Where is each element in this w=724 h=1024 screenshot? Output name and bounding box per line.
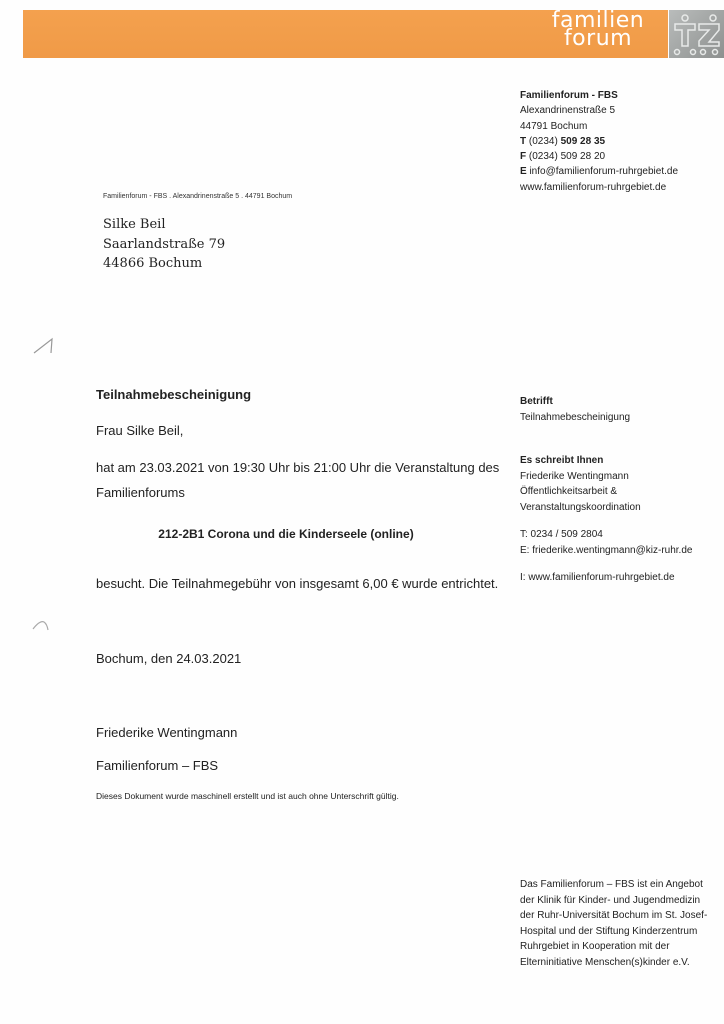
writer-label: Es schreibt Ihnen — [520, 455, 603, 466]
return-address: Familienforum - FBS . Alexandrinenstraße… — [103, 193, 292, 200]
familienforum-logo: familien forum — [548, 12, 648, 48]
writer-phone: T: 0234 / 509 2804 — [520, 527, 692, 543]
sender-phone: T (0234) 509 28 35 — [520, 134, 678, 149]
writer-name: Friederike Wentingmann — [520, 469, 641, 485]
signer-name: Friederike Wentingmann — [96, 725, 237, 740]
recipient-city: 44866 Bochum — [103, 254, 225, 274]
course-title: 212-2B1 Corona und die Kinderseele (onli… — [96, 527, 476, 541]
signer-organization: Familienforum – FBS — [96, 758, 218, 773]
validity-note: Dieses Dokument wurde maschinell erstell… — [96, 791, 399, 801]
place-date: Bochum, den 24.03.2021 — [96, 651, 241, 666]
sender-name: Familienforum - FBS — [520, 90, 618, 101]
sender-website: www.familienforum-ruhrgebiet.de — [520, 180, 678, 195]
writer-block: Es schreibt Ihnen Friederike Wentingmann… — [520, 453, 641, 515]
body-text-2: besucht. Die Teilnahmegebühr von insgesa… — [96, 576, 498, 591]
kiz-logo-icon — [669, 10, 724, 58]
fold-mark-bottom — [30, 615, 54, 633]
writer-role-1: Öffentlichkeitsarbeit & — [520, 484, 641, 500]
writer-email: E: friederike.wentingmann@kiz-ruhr.de — [520, 543, 692, 559]
sender-block: Familienforum - FBS Alexandrinenstraße 5… — [520, 88, 678, 195]
body-text-1: hat am 23.03.2021 von 19:30 Uhr bis 21:0… — [96, 455, 516, 505]
writer-role-2: Veranstaltungskoordination — [520, 500, 641, 516]
fold-mark-top — [30, 335, 56, 359]
sender-email: E info@familienforum-ruhrgebiet.de — [520, 164, 678, 179]
sender-street: Alexandrinenstraße 5 — [520, 103, 678, 118]
footer-info: Das Familienforum – FBS ist ein Angebot … — [520, 877, 710, 970]
recipient-address: Silke Beil Saarlandstraße 79 44866 Bochu… — [103, 215, 225, 274]
sender-city: 44791 Bochum — [520, 119, 678, 134]
writer-contact: T: 0234 / 509 2804 E: friederike.wenting… — [520, 527, 692, 558]
subject-label: Betrifft — [520, 396, 553, 407]
recipient-street: Saarlandstraße 79 — [103, 235, 225, 255]
recipient-name: Silke Beil — [103, 215, 225, 235]
subject-block: Betrifft Teilnahmebescheinigung — [520, 394, 630, 425]
writer-web: I: www.familienforum-ruhrgebiet.de — [520, 570, 675, 586]
document-title: Teilnahmebescheinigung — [96, 387, 251, 402]
sender-fax: F (0234) 509 28 20 — [520, 149, 678, 164]
subject-value: Teilnahmebescheinigung — [520, 410, 630, 426]
salutation: Frau Silke Beil, — [96, 423, 183, 438]
